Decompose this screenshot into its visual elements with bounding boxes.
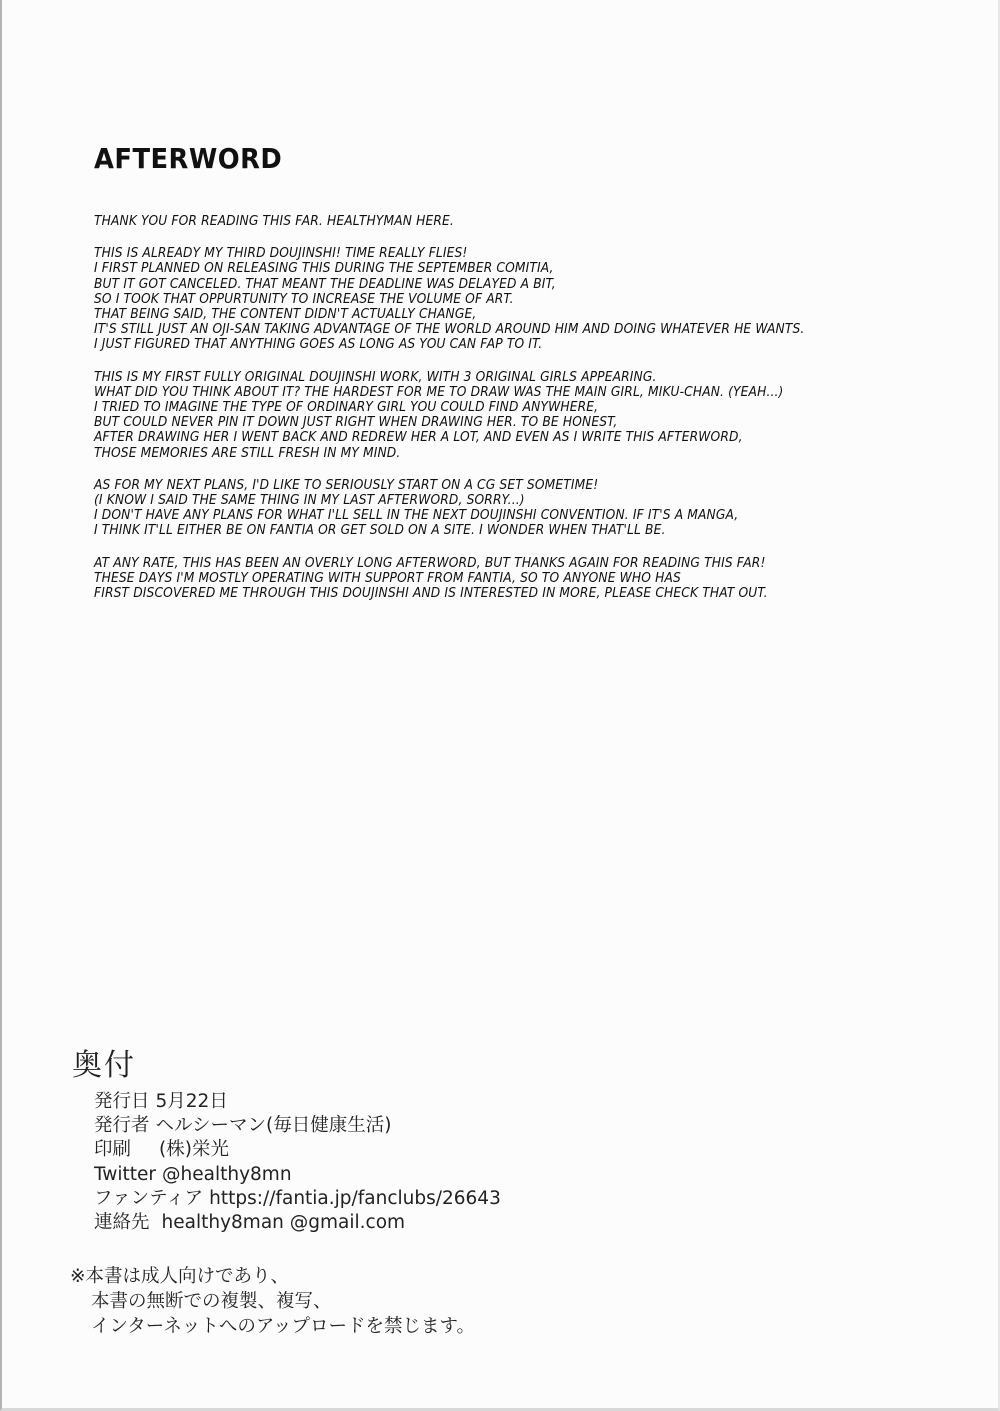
text-line: THIS IS MY FIRST FULLY ORIGINAL DOUJINSH…: [94, 370, 894, 385]
colophon-label: 発行者: [94, 1115, 150, 1136]
text-line: SO I TOOK THAT OPPURTUNITY TO INCREASE T…: [94, 292, 894, 307]
text-line: I TRIED TO IMAGINE THE TYPE OF ORDINARY …: [94, 400, 894, 415]
text-line: FIRST DISCOVERED ME THROUGH THIS DOUJINS…: [94, 586, 894, 601]
contact-email: healthy8man @gmail.com: [162, 1212, 406, 1233]
afterword-paragraph-5: AT ANY RATE, THIS HAS BEEN AN OVERLY LON…: [94, 556, 954, 602]
colophon-row-printer: 印刷(株)栄光: [94, 1138, 501, 1162]
colophon-label: 連絡先: [94, 1212, 150, 1233]
colophon-row-contact: 連絡先healthy8man @gmail.com: [94, 1211, 501, 1235]
colophon-value: ヘルシーマン(毎日健康生活): [156, 1115, 392, 1136]
text-line: AT ANY RATE, THIS HAS BEEN AN OVERLY LON…: [94, 556, 894, 571]
colophon-list: 発行日5月22日 発行者ヘルシーマン(毎日健康生活) 印刷(株)栄光 Twitt…: [94, 1090, 501, 1235]
afterword-paragraph-4: AS FOR MY NEXT PLANS, I'D LIKE TO SERIOU…: [94, 478, 954, 539]
text-line: (I KNOW I SAID THE SAME THING IN MY LAST…: [94, 493, 894, 508]
colophon-row-fantia: ファンティアhttps://fantia.jp/fanclubs/26643: [94, 1187, 501, 1211]
colophon-row-twitter: Twitter@healthy8mn: [94, 1163, 501, 1187]
text-line: BUT IT GOT CANCELED. THAT MEANT THE DEAD…: [94, 277, 894, 292]
text-line: THOSE MEMORIES ARE STILL FRESH IN MY MIN…: [94, 446, 894, 461]
text-line: I DON'T HAVE ANY PLANS FOR WHAT I'LL SEL…: [94, 508, 894, 523]
text-line: THAT BEING SAID, THE CONTENT DIDN'T ACTU…: [94, 307, 894, 322]
text-line: AFTER DRAWING HER I WENT BACK AND REDREW…: [94, 430, 894, 445]
document-page: AFTERWORD THANK YOU FOR READING THIS FAR…: [0, 0, 1000, 1411]
text-line: THESE DAYS I'M MOSTLY OPERATING WITH SUP…: [94, 571, 894, 586]
text-line: I JUST FIGURED THAT ANYTHING GOES AS LON…: [94, 337, 894, 352]
twitter-handle: @healthy8mn: [162, 1164, 292, 1185]
afterword-paragraph-2: THIS IS ALREADY MY THIRD DOUJINSHI! TIME…: [94, 246, 954, 352]
afterword-title: AFTERWORD: [94, 142, 282, 175]
text-line: WHAT DID YOU THINK ABOUT IT? THE HARDEST…: [94, 385, 894, 400]
text-line: BUT COULD NEVER PIN IT DOWN JUST RIGHT W…: [94, 415, 894, 430]
colophon-label: 印刷: [94, 1139, 131, 1160]
colophon-title: 奥付: [72, 1040, 136, 1084]
afterword-body: THANK YOU FOR READING THIS FAR. HEALTHYM…: [94, 214, 954, 618]
notice-line: ※本書は成人向けであり、: [70, 1264, 475, 1289]
colophon-label: 発行日: [94, 1091, 150, 1112]
notice-line: 本書の無断での複製、複写、: [70, 1289, 475, 1314]
text-line: I THINK IT'LL EITHER BE ON FANTIA OR GET…: [94, 523, 894, 538]
text-line: IT'S STILL JUST AN OJI-SAN TAKING ADVANT…: [94, 322, 894, 337]
text-line: I FIRST PLANNED ON RELEASING THIS DURING…: [94, 261, 894, 276]
afterword-paragraph-1: THANK YOU FOR READING THIS FAR. HEALTHYM…: [94, 214, 954, 229]
text-line: AS FOR MY NEXT PLANS, I'D LIKE TO SERIOU…: [94, 478, 894, 493]
colophon-row-publisher: 発行者ヘルシーマン(毎日健康生活): [94, 1114, 501, 1138]
colophon-label: Twitter: [94, 1164, 156, 1185]
notice-line: インターネットへのアップロードを禁じます。: [70, 1314, 475, 1339]
colophon-value: 5月22日: [156, 1091, 228, 1112]
legal-notice: ※本書は成人向けであり、 本書の無断での複製、複写、 インターネットへのアップロ…: [70, 1264, 475, 1339]
fantia-url: https://fantia.jp/fanclubs/26643: [209, 1188, 501, 1209]
colophon-label: ファンティア: [94, 1188, 203, 1209]
colophon-row-publish-date: 発行日5月22日: [94, 1090, 501, 1114]
text-line: THANK YOU FOR READING THIS FAR. HEALTHYM…: [94, 214, 894, 229]
colophon-value: (株)栄光: [159, 1139, 229, 1160]
afterword-paragraph-3: THIS IS MY FIRST FULLY ORIGINAL DOUJINSH…: [94, 370, 954, 461]
text-line: THIS IS ALREADY MY THIRD DOUJINSHI! TIME…: [94, 246, 894, 261]
